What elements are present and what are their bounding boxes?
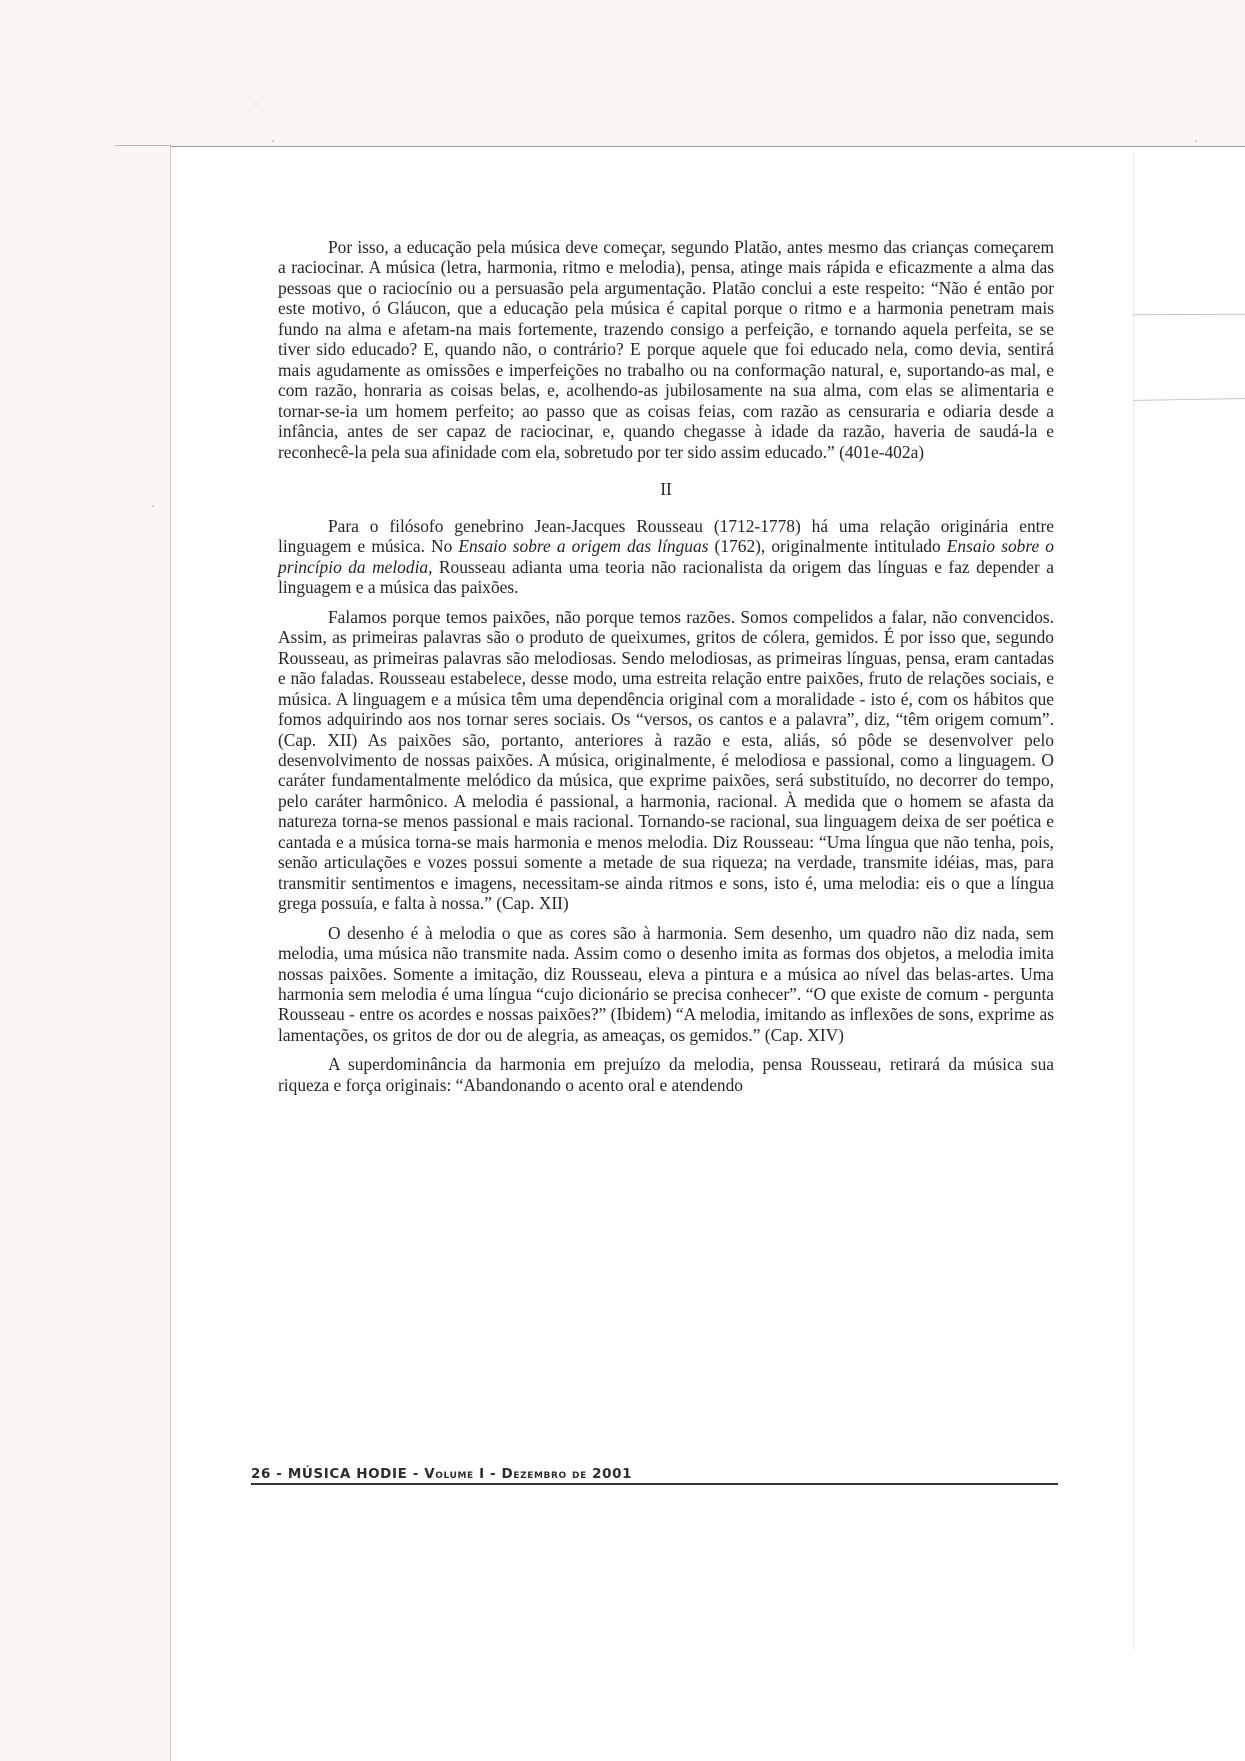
scan-speck xyxy=(152,505,154,507)
footer-separator: - xyxy=(271,1466,288,1482)
journal-volume: Volume I xyxy=(424,1466,484,1482)
paragraph-plato-education: Por isso, a educação pela música deve co… xyxy=(278,237,1054,462)
paragraph-text: (1762), originalmente intitulado xyxy=(708,536,946,556)
scan-speck xyxy=(272,140,274,142)
page-footer: 26 - MÚSICA HODIE - Volume I - Dezembro … xyxy=(251,1466,1058,1485)
journal-name: MÚSICA HODIE xyxy=(288,1466,408,1482)
paragraph-passions: Falamos porque temos paixões, não porque… xyxy=(278,607,1054,914)
page-number: 26 xyxy=(251,1466,271,1482)
footer-separator: - xyxy=(485,1466,502,1482)
footer-separator: - xyxy=(407,1466,424,1482)
paragraph-rousseau-intro: Para o filósofo genebrino Jean-Jacques R… xyxy=(278,516,1054,598)
scan-edge-line xyxy=(115,145,171,146)
section-heading: II xyxy=(278,479,1054,499)
book-title: Ensaio sobre a origem das línguas xyxy=(458,536,708,556)
paragraph-harmony-dominance: A superdominância da harmonia em prejuíz… xyxy=(278,1054,1054,1095)
scan-edge-line-right xyxy=(1133,150,1134,1650)
article-body: Por isso, a educação pela música deve co… xyxy=(278,237,1054,1095)
journal-date: Dezembro de 2001 xyxy=(502,1466,633,1482)
paragraph-drawing-melody: O desenho é à melodia o que as cores são… xyxy=(278,923,1054,1046)
scan-speck xyxy=(255,103,257,105)
scan-speck xyxy=(1195,140,1197,142)
